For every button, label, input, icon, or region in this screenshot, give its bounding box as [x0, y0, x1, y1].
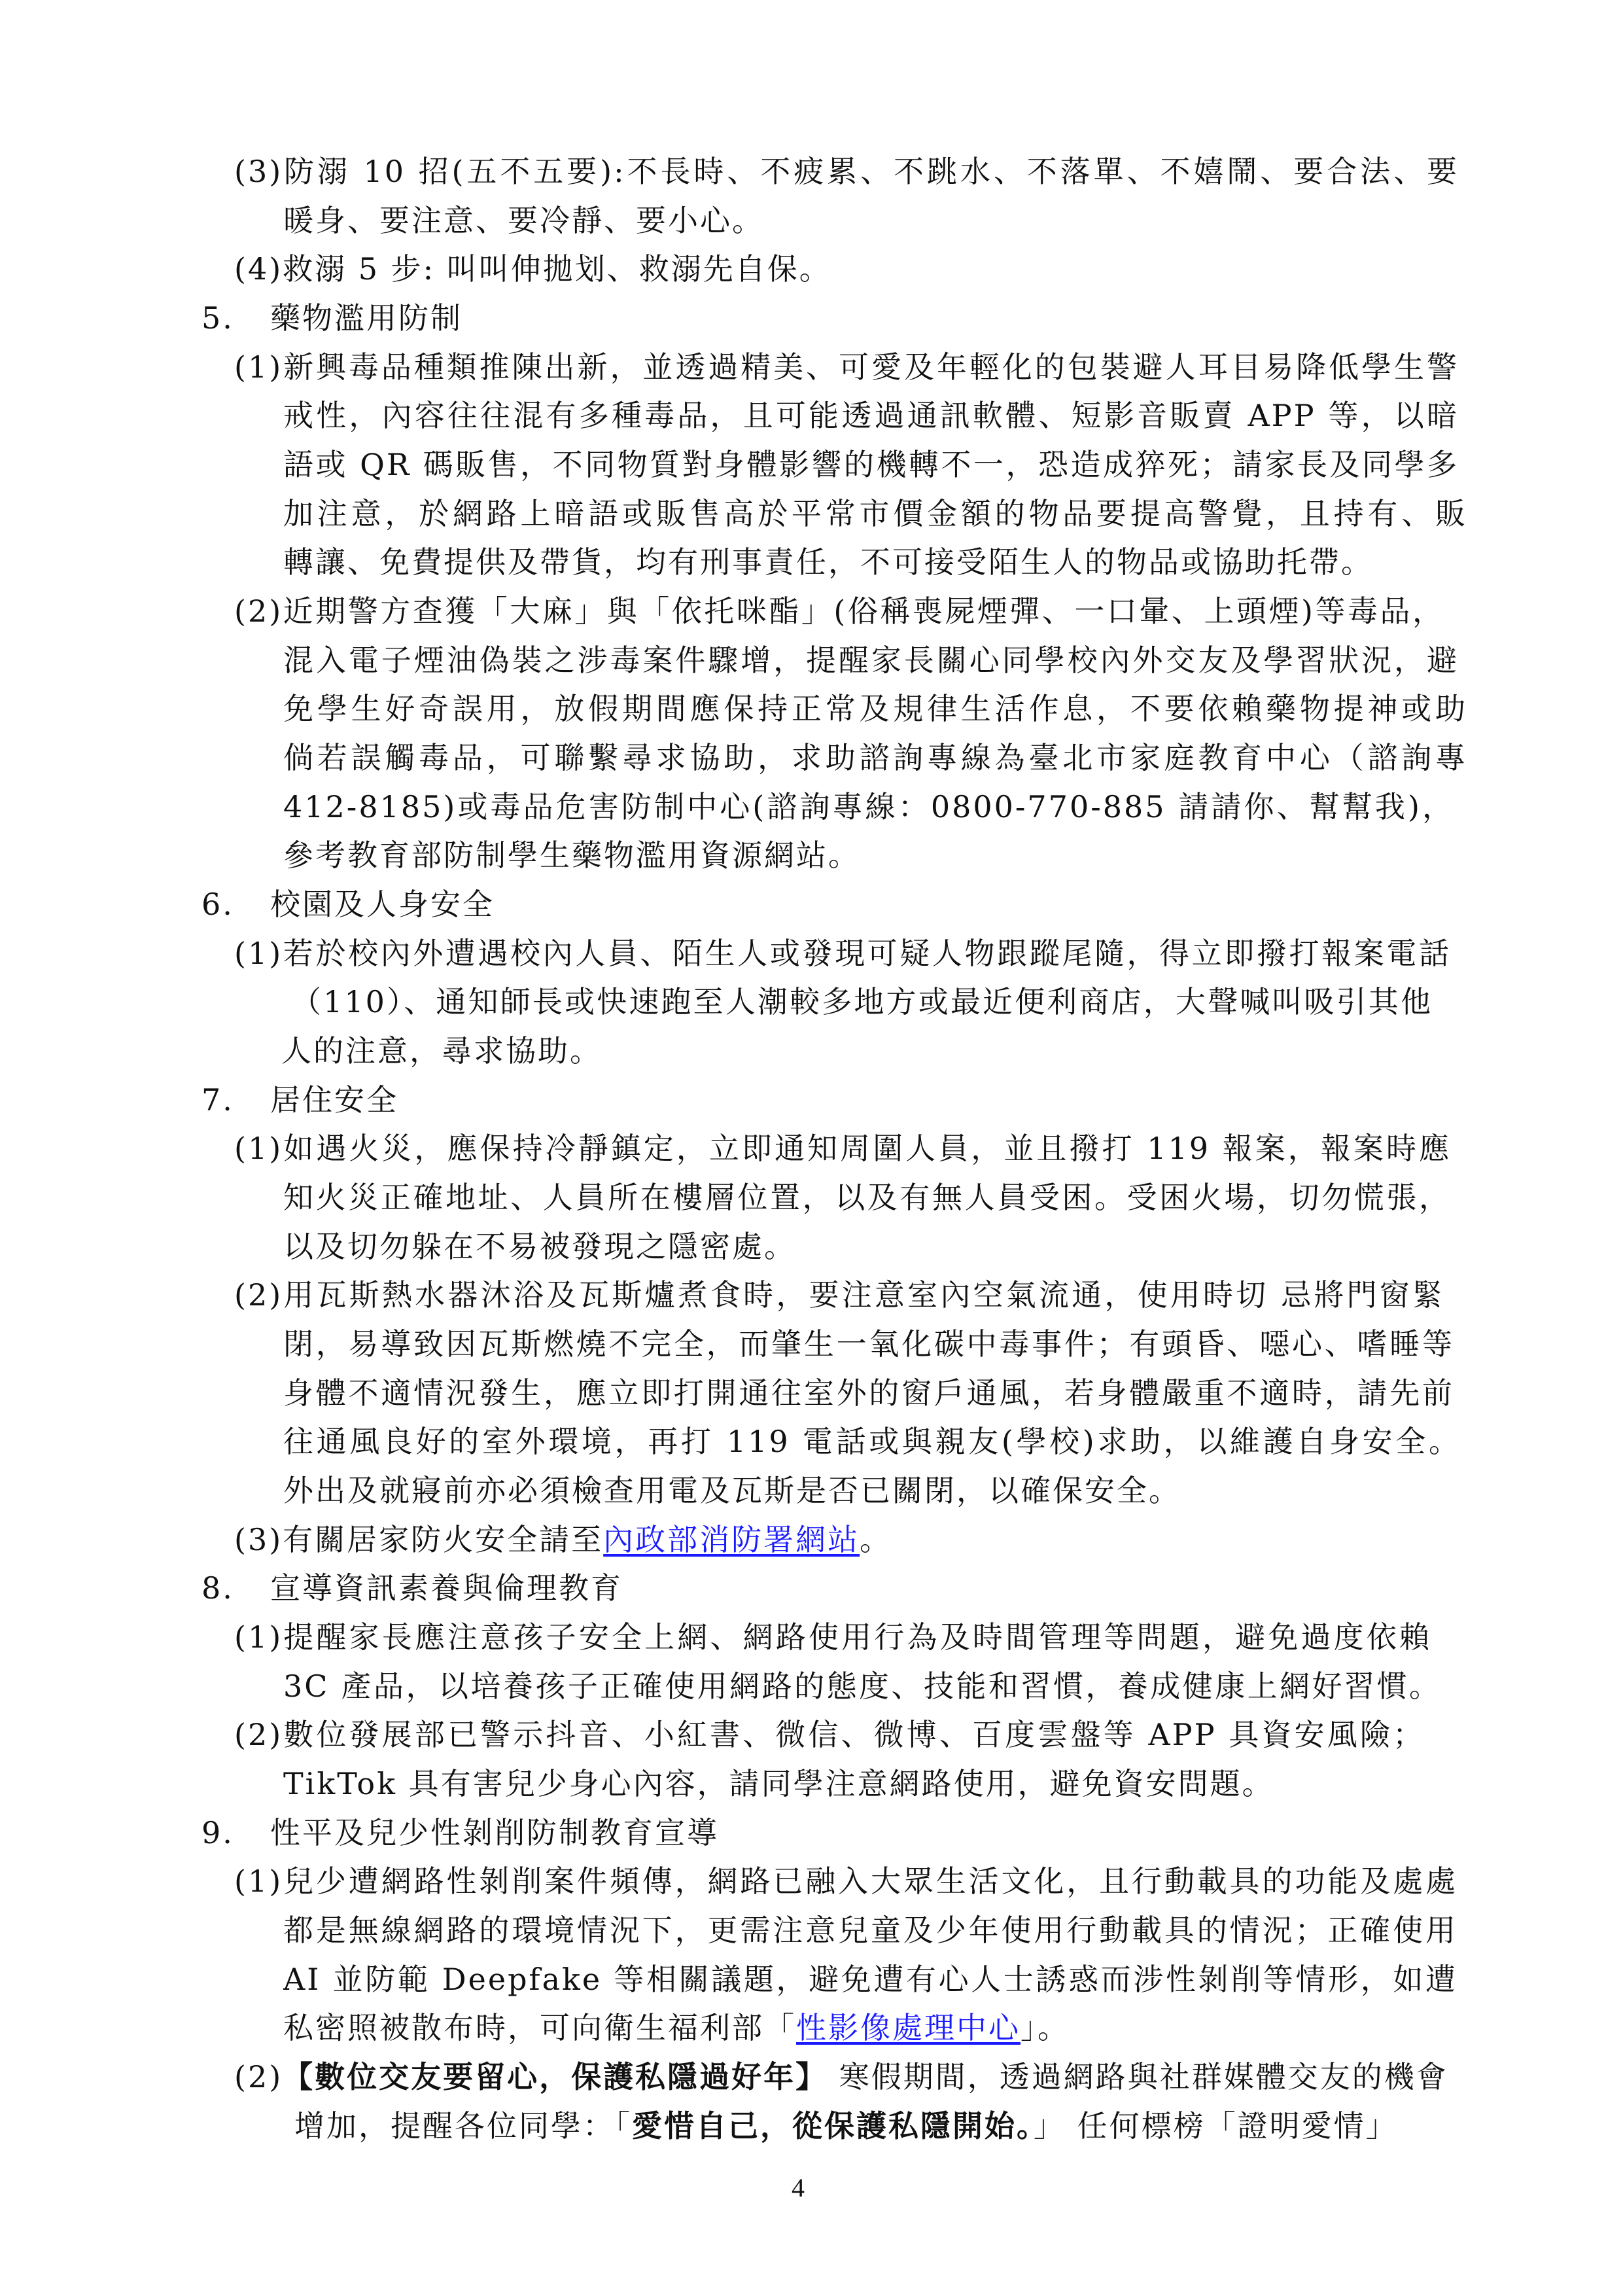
section-number-7: 7.: [201, 1076, 234, 1125]
campus-p1-line2: （110）、通知師長或快速跑至人潮較多地方或最近便利商店，大聲喊叫吸引其他: [291, 978, 1433, 1027]
list-item-drowning-tips-line1: (3)防溺 10 招(五不五要):不長時、不疲累、不跳水、不落單、不嬉鬧、要合法…: [234, 147, 1459, 196]
gender-p2-line1: (2)【數位交友要留心，保護私隱過好年】 寒假期間，透過網路與社群媒體交友的機會: [234, 2053, 1448, 2102]
literacy-p2-line1: (2)數位發展部已警示抖音、小紅書、微信、微博、百度雲盤等 APP 具資安風險；…: [234, 1710, 1425, 1759]
literacy-p1-line2: 3C 產品，以培養孩子正確使用網路的態度、技能和習慣，養成健康上網好習慣。: [283, 1662, 1441, 1711]
drug-p2-line4: 倘若誤觸毒品，可聯繫尋求協助，求助諮詢專線為臺北市家庭教育中心（諮詢專線：: [283, 733, 1467, 783]
home-p2-line2: 閉，易導致因瓦斯燃燒不完全，而肇生一氧化碳中毒事件；有頭昏、噁心、嗜睡等: [283, 1320, 1454, 1369]
home-p2-line1: (2)用瓦斯熱水器沐浴及瓦斯爐煮食時，要注意室內空氣流通，使用時切 忌將門窗緊: [234, 1271, 1444, 1320]
fire-agency-website-link[interactable]: 內政部消防署網站: [603, 1522, 860, 1557]
campus-p1-line3: 人的注意，尋求協助。: [281, 1027, 602, 1076]
gender-p1-line4-prefix: 私密照被散布時，可向衛生福利部「: [283, 2010, 796, 2045]
home-p1-line2: 知火災正確地址、人員所在樓層位置，以及有無人員受困。受困火場，切勿慌張，: [283, 1173, 1451, 1222]
home-p3-suffix: 。: [860, 1522, 892, 1557]
home-p2-line4: 往通風良好的室外環境，再打 119 電話或與親友(學校)求助，以維護自身安全。: [283, 1417, 1461, 1466]
drug-p1-line5: 轉讓、免費提供及帶貨，均有刑事責任，不可接受陌生人的物品或協助托帶。: [283, 538, 1373, 587]
gender-p1-line1: (1)兒少遭網路性剝削案件頻傳，網路已融入大眾生活文化，且行動載具的功能及處處: [234, 1857, 1457, 1906]
section-heading-info-literacy: 宣導資訊素養與倫理教育: [270, 1564, 623, 1613]
gender-p1-line3: AI 並防範 Deepfake 等相關議題，避免遭有心人士誘惑而涉性剝削等情形，…: [283, 1955, 1457, 2004]
list-item-drowning-tips-line2: 暖身、要注意、要冷靜、要小心。: [283, 196, 764, 245]
home-p1-line1: (1)如遇火災，應保持冷靜鎮定，立即通知周圍人員，並且撥打 119 報案，報案時…: [234, 1124, 1451, 1173]
page-number: 4: [785, 2172, 811, 2203]
gender-p2-bold-quote: 愛惜自己，從保護私隱開始。: [632, 2108, 1034, 2144]
home-p2-line5: 外出及就寢前亦必須檢查用電及瓦斯是否已關閉，以確保安全。: [283, 1466, 1181, 1515]
drug-p2-line6: 參考教育部防制學生藥物濫用資源網站。: [283, 831, 860, 880]
drug-p1-line1: (1)新興毒品種類推陳出新，並透過精美、可愛及年輕化的包裝避人耳目易降低學生警: [234, 343, 1459, 392]
section-heading-sexual-exploitation-prevention: 性平及兒少性剝削防制教育宣導: [270, 1809, 719, 1858]
gender-p1-line2: 都是無線網路的環境情況下，更需注意兒童及少年使用行動載具的情況；正確使用: [283, 1906, 1457, 1955]
section-number-6: 6.: [201, 880, 234, 929]
gender-p2-line2-rest: 」 任何標榜「證明愛情」: [1034, 2108, 1398, 2144]
home-p3: (3)有關居家防火安全請至內政部消防署網站。: [234, 1515, 892, 1564]
literacy-p1-line1: (1)提醒家長應注意孩子安全上網、網路使用行為及時間管理等問題，避免過度依賴: [234, 1613, 1431, 1662]
section-number-8: 8.: [201, 1564, 234, 1613]
literacy-p2-line2: TikTok 具有害兒少身心內容，請同學注意網路使用，避免資安問題。: [283, 1759, 1274, 1809]
section-heading-campus-safety: 校園及人身安全: [270, 880, 495, 929]
drug-p2-line2: 混入電子煙油偽裝之涉毒案件驟增，提醒家長關心同學校內外交友及學習狀況，避: [283, 636, 1459, 685]
drug-p2-line1: (2)近期警方查獲「大麻」與「依托咪酯」(俗稱喪屍煙彈、一口暈、上頭煙)等毒品，: [234, 587, 1444, 636]
home-p3-prefix: (3)有關居家防火安全請至: [234, 1522, 603, 1557]
drug-p1-line4: 加注意，於網路上暗語或販售高於平常市價金額的物品要提高警覺，且持有、販賣、: [283, 489, 1467, 539]
campus-p1-line1: (1)若於校內外遭遇校內人員、陌生人或發現可疑人物跟蹤尾隨，得立即撥打報案電話: [234, 929, 1451, 978]
gender-p2-line2-prefix: 增加，提醒各位同學：「: [294, 2108, 632, 2144]
section-heading-home-safety: 居住安全: [270, 1076, 398, 1125]
gender-p2-line2: 增加，提醒各位同學：「愛惜自己，從保護私隱開始。」 任何標榜「證明愛情」: [294, 2102, 1398, 2151]
gender-p2-line1-rest: 寒假期間，透過網路與社群媒體交友的機會: [828, 2059, 1448, 2094]
gender-p2-line1-prefix: (2): [234, 2059, 283, 2094]
drug-p2-line3: 免學生好奇誤用，放假期間應保持正常及規律生活作息，不要依賴藥物提神或助眠，: [283, 684, 1467, 733]
sexual-image-center-link[interactable]: 性影像處理中心: [796, 2010, 1021, 2045]
section-heading-drug-abuse: 藥物濫用防制: [270, 294, 462, 343]
gender-p1-line4: 私密照被散布時，可向衛生福利部「性影像處理中心」。: [283, 2004, 1070, 2053]
drug-p1-line2: 戒性，內容往往混有多種毒品，且可能透過通訊軟體、短影音販賣 APP 等，以暗: [283, 391, 1459, 440]
home-p2-line3: 身體不適情況發生，應立即打開通往室外的窗戶通風，若身體嚴重不適時，請先前: [283, 1369, 1454, 1418]
drug-p2-line5: 412-8185)或毒品危害防制中心(諮詢專線：0800-770-885 請請你…: [283, 783, 1454, 832]
document-page: (3)防溺 10 招(五不五要):不長時、不疲累、不跳水、不落單、不嬉鬧、要合法…: [0, 0, 1623, 2296]
gender-p2-bold-slogan: 【數位交友要留心，保護私隱過好年】: [283, 2059, 828, 2094]
list-item-rescue-steps: (4)救溺 5 步: 叫叫伸拋划、救溺先自保。: [234, 245, 831, 294]
section-number-9: 9.: [201, 1809, 234, 1858]
home-p1-line3: 以及切勿躲在不易被發現之隱密處。: [283, 1222, 796, 1271]
gender-p1-line4-suffix: 」。: [1021, 2010, 1070, 2045]
section-number-5: 5.: [201, 294, 234, 343]
drug-p1-line3: 語或 QR 碼販售，不同物質對身體影響的機轉不一，恐造成猝死；請家長及同學多: [283, 440, 1459, 489]
